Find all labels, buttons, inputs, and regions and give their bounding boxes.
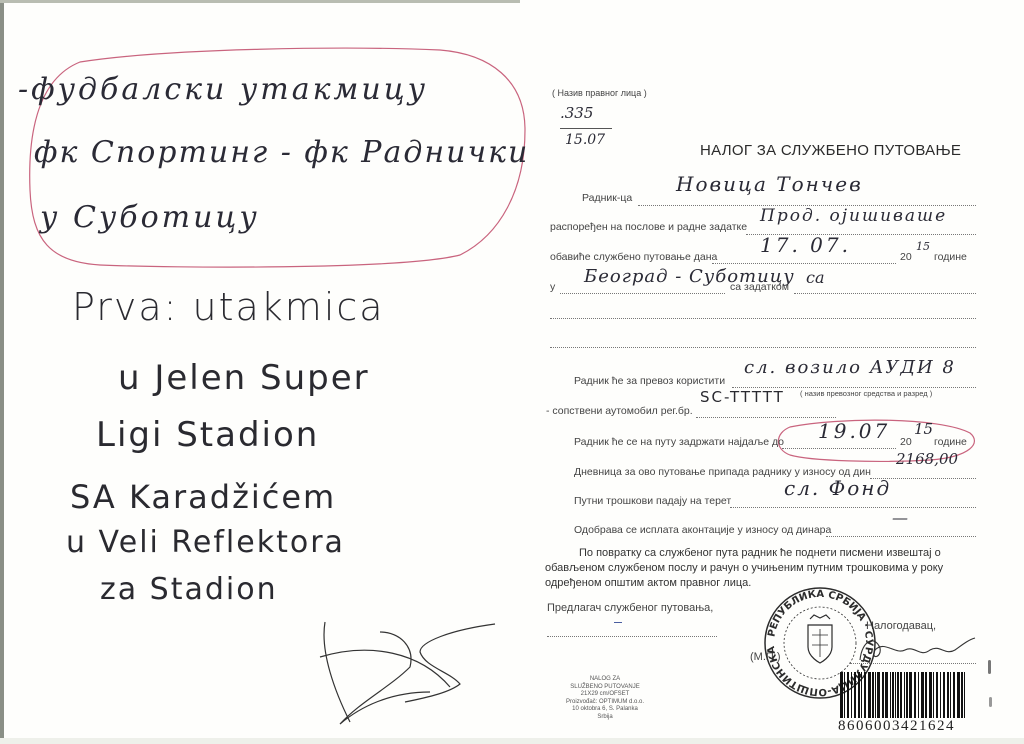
- note-line-2: фк Спортинг - фк Раднички: [34, 135, 529, 170]
- costs-line: [730, 507, 976, 508]
- advance-label: Одобрава се исплата аконтације у износу …: [574, 524, 831, 536]
- note-line-7: SA Karadžićem: [70, 478, 336, 516]
- per-diem-value: 2168,00: [896, 450, 958, 468]
- worker-label: Радник-ца: [582, 192, 632, 204]
- note-line-4: Prva: utakmica: [72, 285, 385, 329]
- margin-mark: [988, 660, 991, 674]
- reference-divider: [560, 128, 612, 129]
- note-line-5: u Jelen Super: [118, 358, 370, 398]
- costs-label: Путни трошкови падају на терет: [574, 495, 731, 507]
- handwritten-signature: [300, 612, 500, 732]
- stay-year-prefix: 20: [900, 436, 912, 448]
- costs-value: сл. Фонд: [784, 476, 891, 500]
- transport-value: сл. возило АУДИ 8: [744, 357, 956, 378]
- task-line: [794, 293, 976, 294]
- scan-edge-top: [0, 0, 520, 3]
- proposer-signature-line: [547, 636, 717, 637]
- barcode: [838, 672, 968, 718]
- note-line-3: у Суботицу: [40, 200, 260, 235]
- advance-value: —: [892, 508, 908, 527]
- blank-line-2: [550, 347, 976, 348]
- assigned-value: Прод. ојишиваше: [760, 206, 947, 226]
- note-line-6: Ligi Stadion: [96, 415, 319, 455]
- proposer-label: Предлагач службеног путовања,: [547, 602, 713, 614]
- scanned-document: -фудбалски утакмицу фк Спортинг - фк Рад…: [0, 0, 1024, 744]
- stay-line: [782, 448, 896, 449]
- note-line-9: za Stadion: [100, 572, 278, 607]
- task-label: са задатком: [730, 281, 789, 293]
- travel-line: [712, 263, 896, 264]
- form-title: НАЛОГ ЗА СЛУЖБЕНО ПУТОВАЊЕ: [700, 142, 961, 159]
- stay-label: Радник ће се на путу задржати најдаље до: [574, 436, 784, 448]
- to-line: [560, 293, 725, 294]
- blank-line-1: [550, 318, 976, 319]
- task-value: са: [806, 268, 825, 287]
- stay-date: 19.07: [818, 419, 890, 443]
- barcode-number: 8606003421624: [838, 718, 955, 735]
- stay-year: 15: [914, 420, 933, 438]
- worker-value: Новица Тончев: [676, 172, 863, 196]
- return-report-paragraph: По повратку са службеног пута радник ће …: [545, 546, 975, 591]
- to-label: у: [550, 281, 555, 293]
- proposer-dash: [614, 622, 622, 623]
- stay-year-suffix: године: [934, 436, 967, 448]
- travel-label: обавиће службено путовање дана: [550, 251, 717, 263]
- transport-hint: ( назив превозног средства и разред ): [800, 389, 932, 398]
- scan-edge-bottom: [0, 738, 1024, 744]
- margin-mark: [989, 697, 992, 707]
- reference-date: 15.07: [565, 132, 605, 148]
- advance-line: [826, 536, 976, 537]
- travel-date: 17. 07.: [760, 233, 851, 257]
- travel-year-suffix: године: [934, 251, 967, 263]
- note-line-8: u Veli Reflektora: [66, 525, 345, 560]
- printer-footer: NALOG ZA SLUŽBENO PUTOVANJE 21X29 cm/OFS…: [550, 676, 660, 721]
- assigned-label: распоређен на послове и радне задатке: [550, 221, 747, 233]
- reference-number: .335: [560, 104, 593, 122]
- scan-edge-left: [0, 0, 4, 744]
- travel-year-prefix: 20: [900, 251, 912, 263]
- transport-label: Радник ће за превоз користити: [574, 375, 725, 387]
- note-line-1: -фудбалски утакмицу: [18, 72, 428, 107]
- own-car-label: - сопствени аутомобил рег.бр.: [546, 405, 693, 417]
- own-car-value: SC-TTTTT: [700, 388, 785, 406]
- travel-year: 15: [916, 240, 930, 253]
- legal-entity-label: ( Назив правног лица ): [552, 88, 647, 98]
